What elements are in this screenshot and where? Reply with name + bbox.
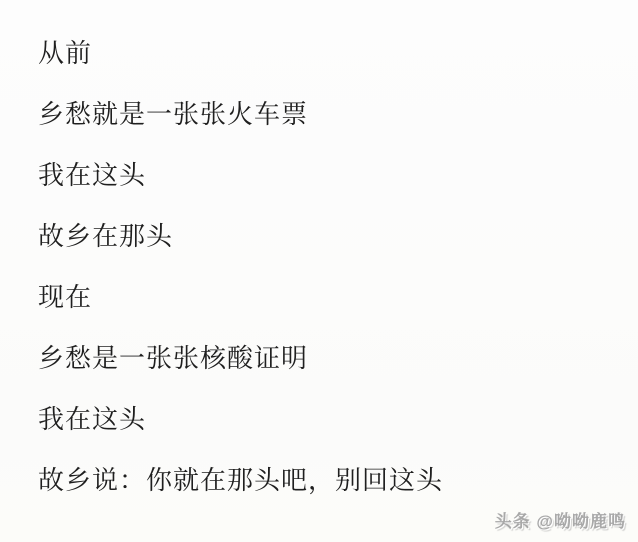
poem-line: 故乡在那头 (38, 223, 443, 249)
poem-line: 乡愁是一张张核酸证明 (38, 345, 443, 371)
poem-line: 从前 (38, 40, 443, 66)
poem-line: 乡愁就是一张张火车票 (38, 101, 443, 127)
poem-line: 现在 (38, 284, 443, 310)
toutiao-watermark: 头条 @呦呦鹿鸣 (495, 507, 626, 532)
poem-line: 我在这头 (38, 406, 443, 432)
poem-line: 故乡说：你就在那头吧，别回这头 (38, 467, 443, 493)
page-background: 从前 乡愁就是一张张火车票 我在这头 故乡在那头 现在 乡愁是一张张核酸证明 我… (0, 0, 638, 542)
poem-line: 我在这头 (38, 162, 443, 188)
poem-text: 从前 乡愁就是一张张火车票 我在这头 故乡在那头 现在 乡愁是一张张核酸证明 我… (38, 40, 443, 493)
